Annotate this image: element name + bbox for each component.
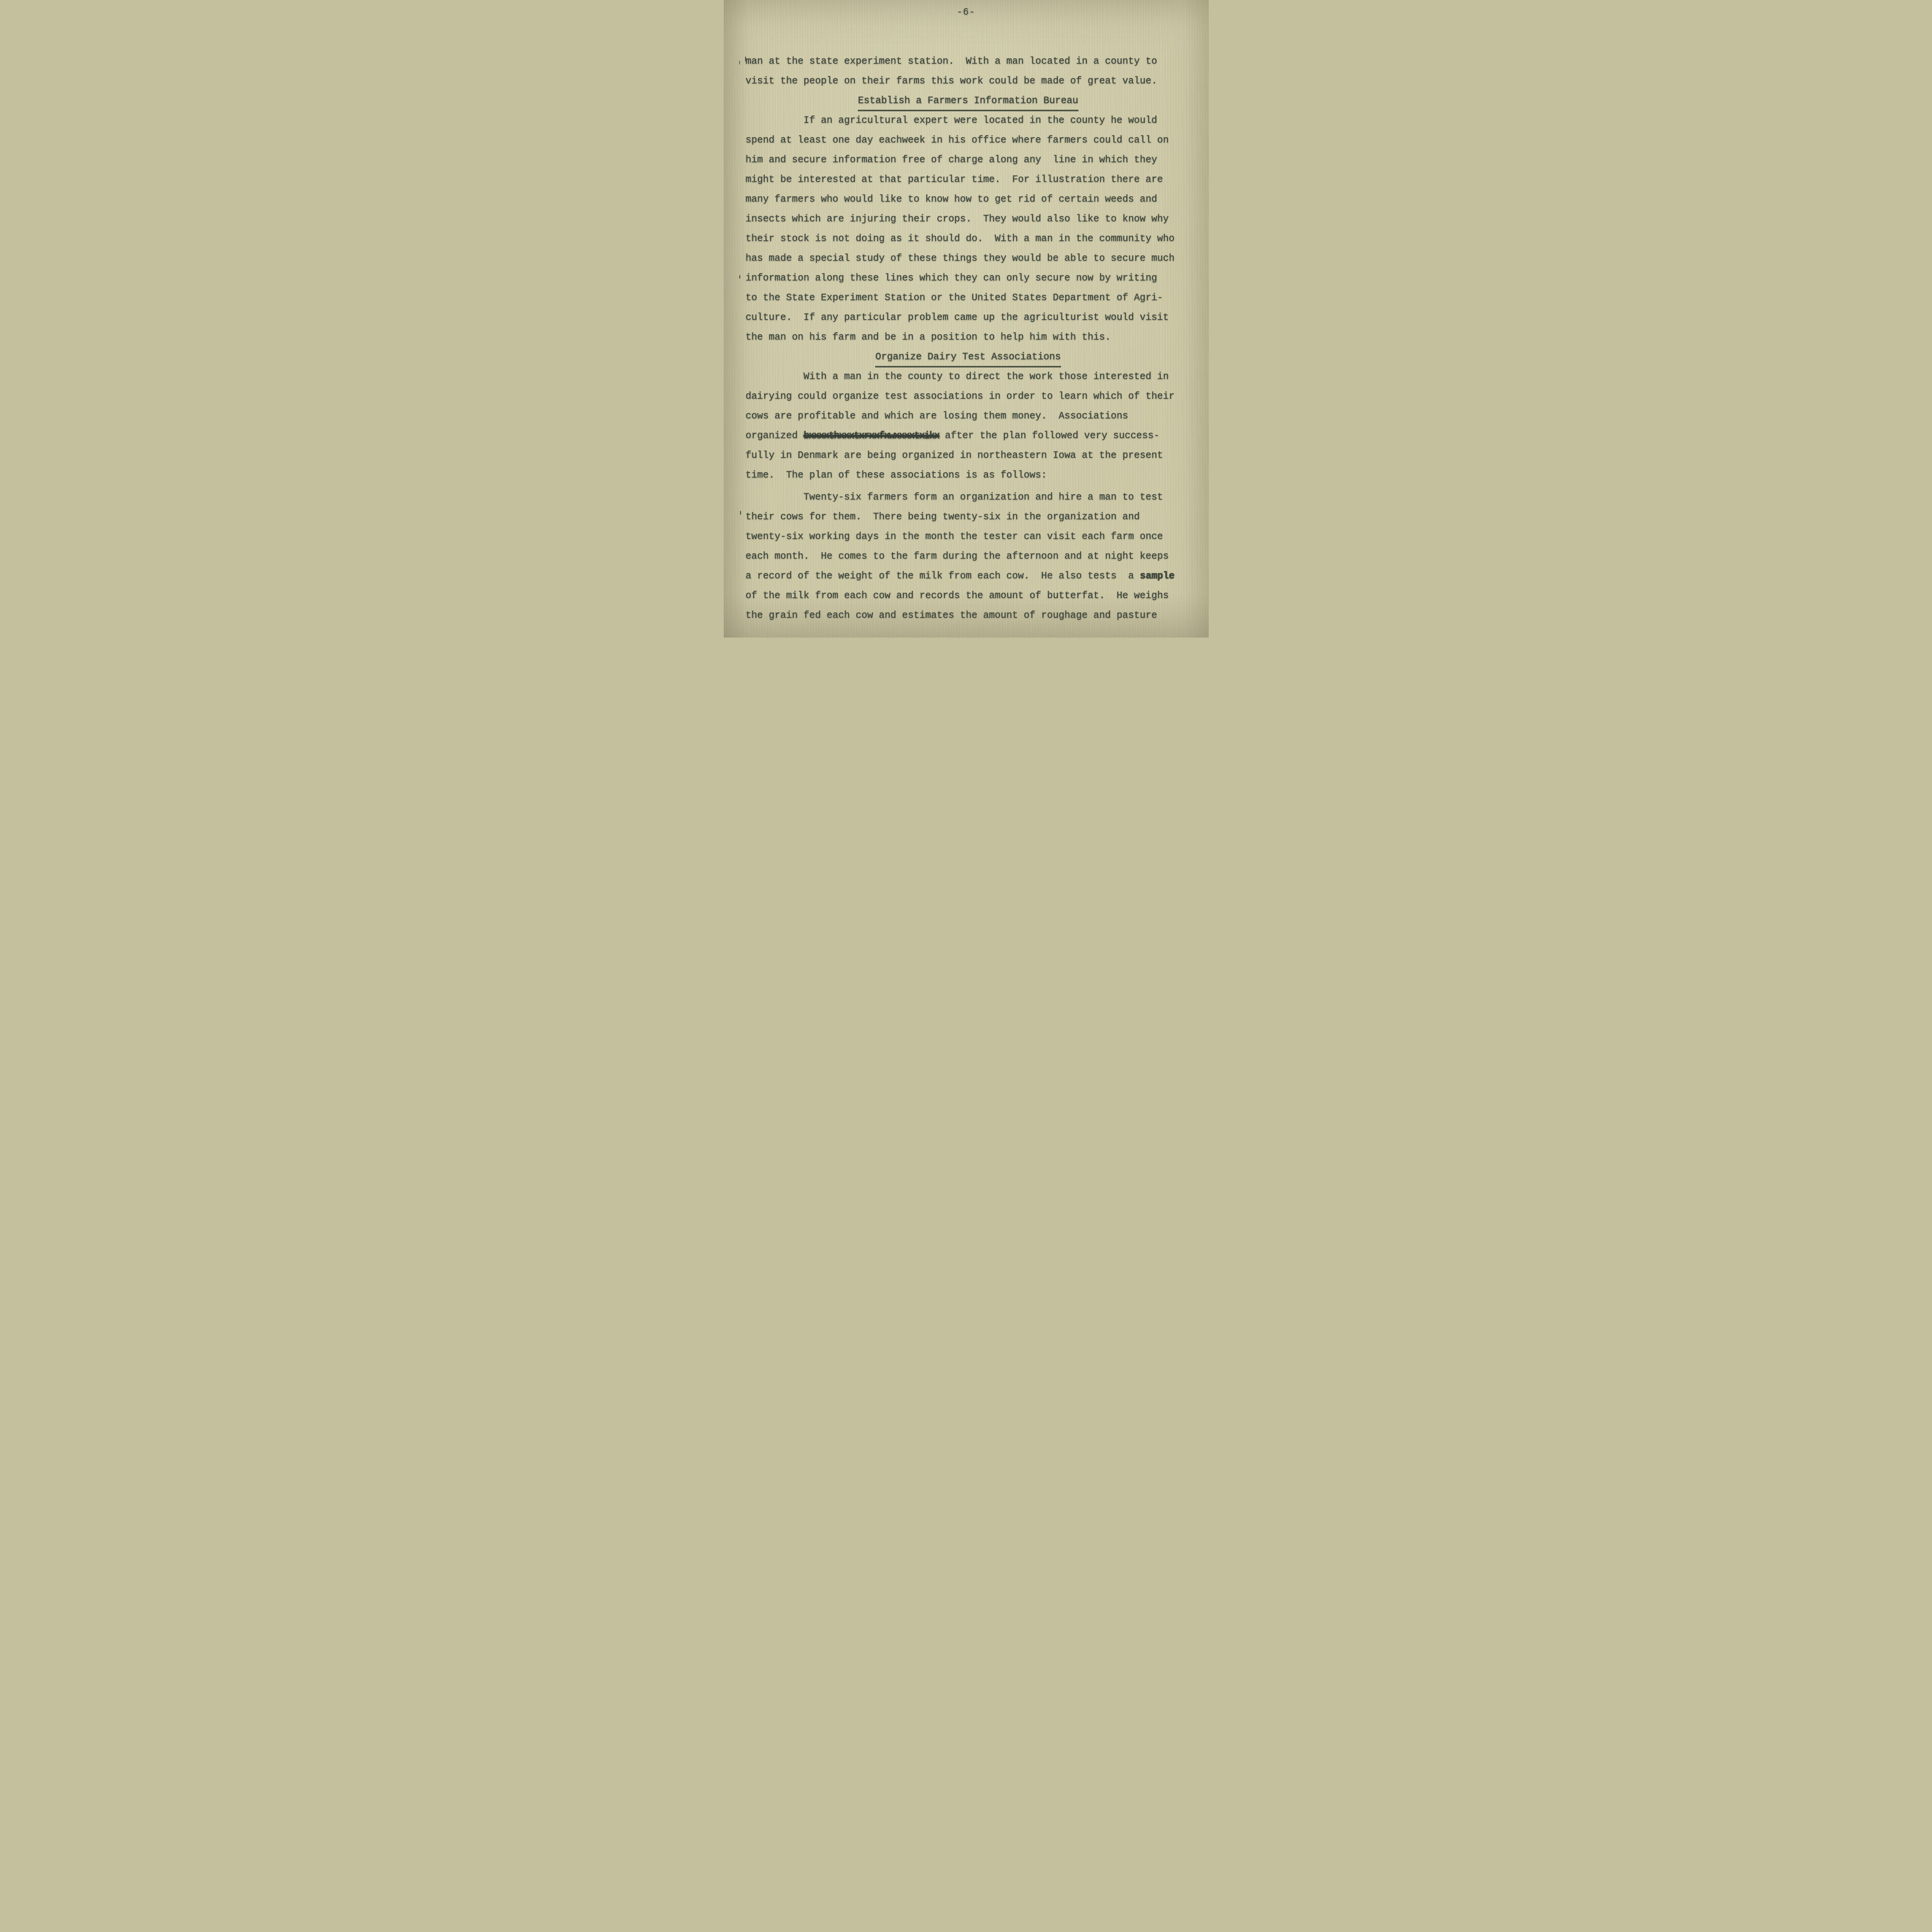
stray-mark xyxy=(745,56,746,61)
text-line: visit the people on their farms this wor… xyxy=(746,71,1191,91)
text-line: a record of the weight of the milk from … xyxy=(746,566,1191,586)
text-line: has made a special study of these things… xyxy=(746,248,1191,268)
document-body: man at the state experiment station. Wit… xyxy=(746,51,1191,625)
text-line: information along these lines which they… xyxy=(746,268,1191,288)
section-heading-text: Establish a Farmers Information Bureau xyxy=(858,92,1078,111)
text-line: insects which are injuring their crops. … xyxy=(746,209,1191,229)
stray-mark xyxy=(739,61,740,65)
document-page: -6- man at the state experiment station.… xyxy=(724,0,1209,638)
section-heading: Organize Dairy Test Associations xyxy=(746,347,1191,367)
text-line: the grain fed each cow and estimates the… xyxy=(746,605,1191,625)
section-heading-text: Organize Dairy Test Associations xyxy=(875,348,1061,367)
page-number: -6- xyxy=(724,7,1209,18)
text-line: fully in Denmark are being organized in … xyxy=(746,446,1191,465)
text-line: cows are profitable and which are losing… xyxy=(746,406,1191,426)
struck-out-text: bxxxxthxxxtxrxxfxwxxxxtxikx xyxy=(804,430,939,441)
text-line: him and secure information free of charg… xyxy=(746,150,1191,170)
text-line: dairying could organize test association… xyxy=(746,386,1191,406)
text-line: Twenty-six farmers form an organization … xyxy=(746,487,1191,507)
stray-mark xyxy=(739,275,740,279)
text-line: organized bxxxxthxxxtxrxxfxwxxxxtxikx af… xyxy=(746,426,1191,446)
text-line: twenty-six working days in the month the… xyxy=(746,527,1191,546)
text-line: With a man in the county to direct the w… xyxy=(746,367,1191,386)
text-line: to the State Experiment Station or the U… xyxy=(746,288,1191,308)
text-line: If an agricultural expert were located i… xyxy=(746,111,1191,130)
text-line: spend at least one day eachweek in his o… xyxy=(746,130,1191,150)
text-line: culture. If any particular problem came … xyxy=(746,308,1191,327)
section-heading: Establish a Farmers Information Bureau xyxy=(746,91,1191,111)
text-line: might be interested at that particular t… xyxy=(746,170,1191,189)
text-segment: a record of the weight of the milk from … xyxy=(746,570,1140,582)
overstruck-word: sample xyxy=(1140,570,1175,582)
text-line: time. The plan of these associations is … xyxy=(746,465,1191,485)
stray-mark xyxy=(740,511,741,515)
text-line: man at the state experiment station. Wit… xyxy=(746,51,1191,71)
text-line: their cows for them. There being twenty-… xyxy=(746,507,1191,527)
text-line: the man on his farm and be in a position… xyxy=(746,327,1191,347)
text-line: each month. He comes to the farm during … xyxy=(746,546,1191,566)
text-segment: after the plan followed very success- xyxy=(939,430,1160,441)
text-line: many farmers who would like to know how … xyxy=(746,189,1191,209)
text-line: of the milk from each cow and records th… xyxy=(746,586,1191,605)
text-line: their stock is not doing as it should do… xyxy=(746,229,1191,248)
text-segment: organized xyxy=(746,430,804,441)
